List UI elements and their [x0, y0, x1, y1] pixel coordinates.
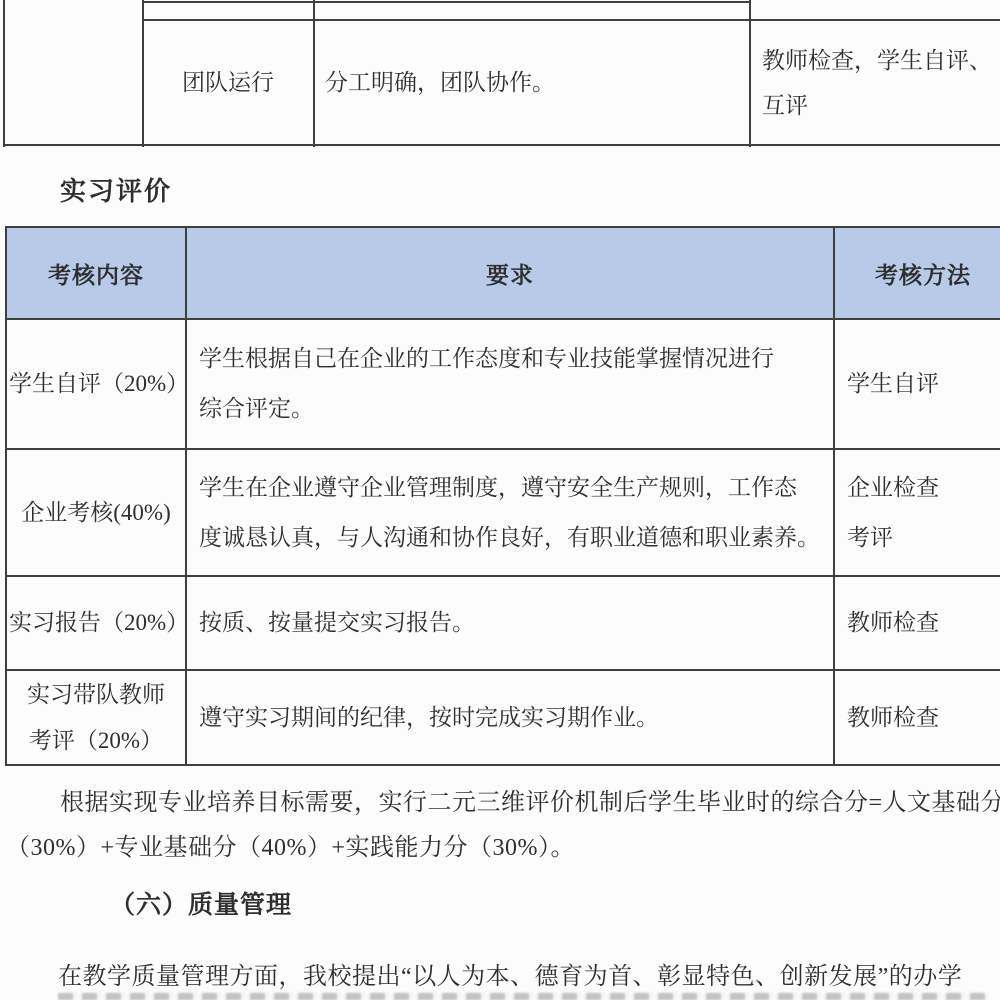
- top-table-left-border: [3, 0, 5, 147]
- top-table-divider-3: [749, 0, 751, 147]
- summary-paragraph-line-1: 根据实现专业培养目标需要，实行二元三维评价机制后学生毕业时的综合分=人文基础分: [60, 782, 1000, 817]
- table-cell-internship-report: 实习报告（20%）: [7, 577, 187, 671]
- quality-management-paragraph-line-1: 在教学质量管理方面，我校提出“以人为本、德育为首、彰显特色、创新发展”的办学: [58, 956, 962, 991]
- top-table-bottom-border: [3, 144, 1000, 146]
- table-cell-lead-teacher-eval-method: 教师检查: [835, 671, 1000, 766]
- table-cell-team-operation-method: 教师检查，学生自评、 互评: [762, 21, 998, 144]
- table-header-method: 考核方法: [835, 228, 1000, 320]
- table-cell-team-operation: 团队运行: [144, 21, 312, 144]
- table-cell-team-operation-requirement: 分工明确，团队协作。: [325, 21, 735, 144]
- table-cell-enterprise-assessment-method: 企业检查 考评: [835, 450, 1000, 577]
- document-page: 团队运行 分工明确，团队协作。 教师检查，学生自评、 互评 实习评价 考核内容 …: [0, 0, 1000, 1000]
- table-cell-internship-report-requirement: 按质、按量提交实习报告。: [187, 577, 835, 671]
- top-table-row-line-partial: [142, 1, 751, 3]
- internship-evaluation-heading: 实习评价: [60, 171, 172, 208]
- table-cell-student-self-eval-requirement: 学生根据自己在企业的工作态度和专业技能掌握情况进行 综合评定。: [187, 320, 835, 450]
- evaluation-table: 考核内容 要求 考核方法 学生自评（20%） 学生根据自己在企业的工作态度和专业…: [5, 226, 1000, 766]
- table-cell-lead-teacher-eval: 实习带队教师 考评（20%）: [7, 671, 187, 766]
- table-cell-student-self-eval-method: 学生自评: [835, 320, 1000, 450]
- table-cell-lead-teacher-eval-requirement: 遵守实习期间的纪律，按时完成实习期作业。: [187, 671, 835, 766]
- table-cell-student-self-eval: 学生自评（20%）: [7, 320, 187, 450]
- table-header-content: 考核内容: [7, 228, 187, 320]
- top-table-divider-2: [313, 0, 315, 147]
- table-header-requirement: 要求: [187, 228, 835, 320]
- clipped-next-line: [58, 993, 988, 1000]
- table-cell-enterprise-assessment: 企业考核(40%): [7, 450, 187, 577]
- table-cell-internship-report-method: 教师检查: [835, 577, 1000, 671]
- table-cell-enterprise-assessment-requirement: 学生在企业遵守企业管理制度，遵守安全生产规则，工作态 度诚恳认真，与人沟通和协作…: [187, 450, 835, 577]
- quality-management-heading: （六）质量管理: [110, 885, 292, 921]
- summary-paragraph-line-2: （30%）+专业基础分（40%）+实践能力分（30%）。: [6, 827, 575, 862]
